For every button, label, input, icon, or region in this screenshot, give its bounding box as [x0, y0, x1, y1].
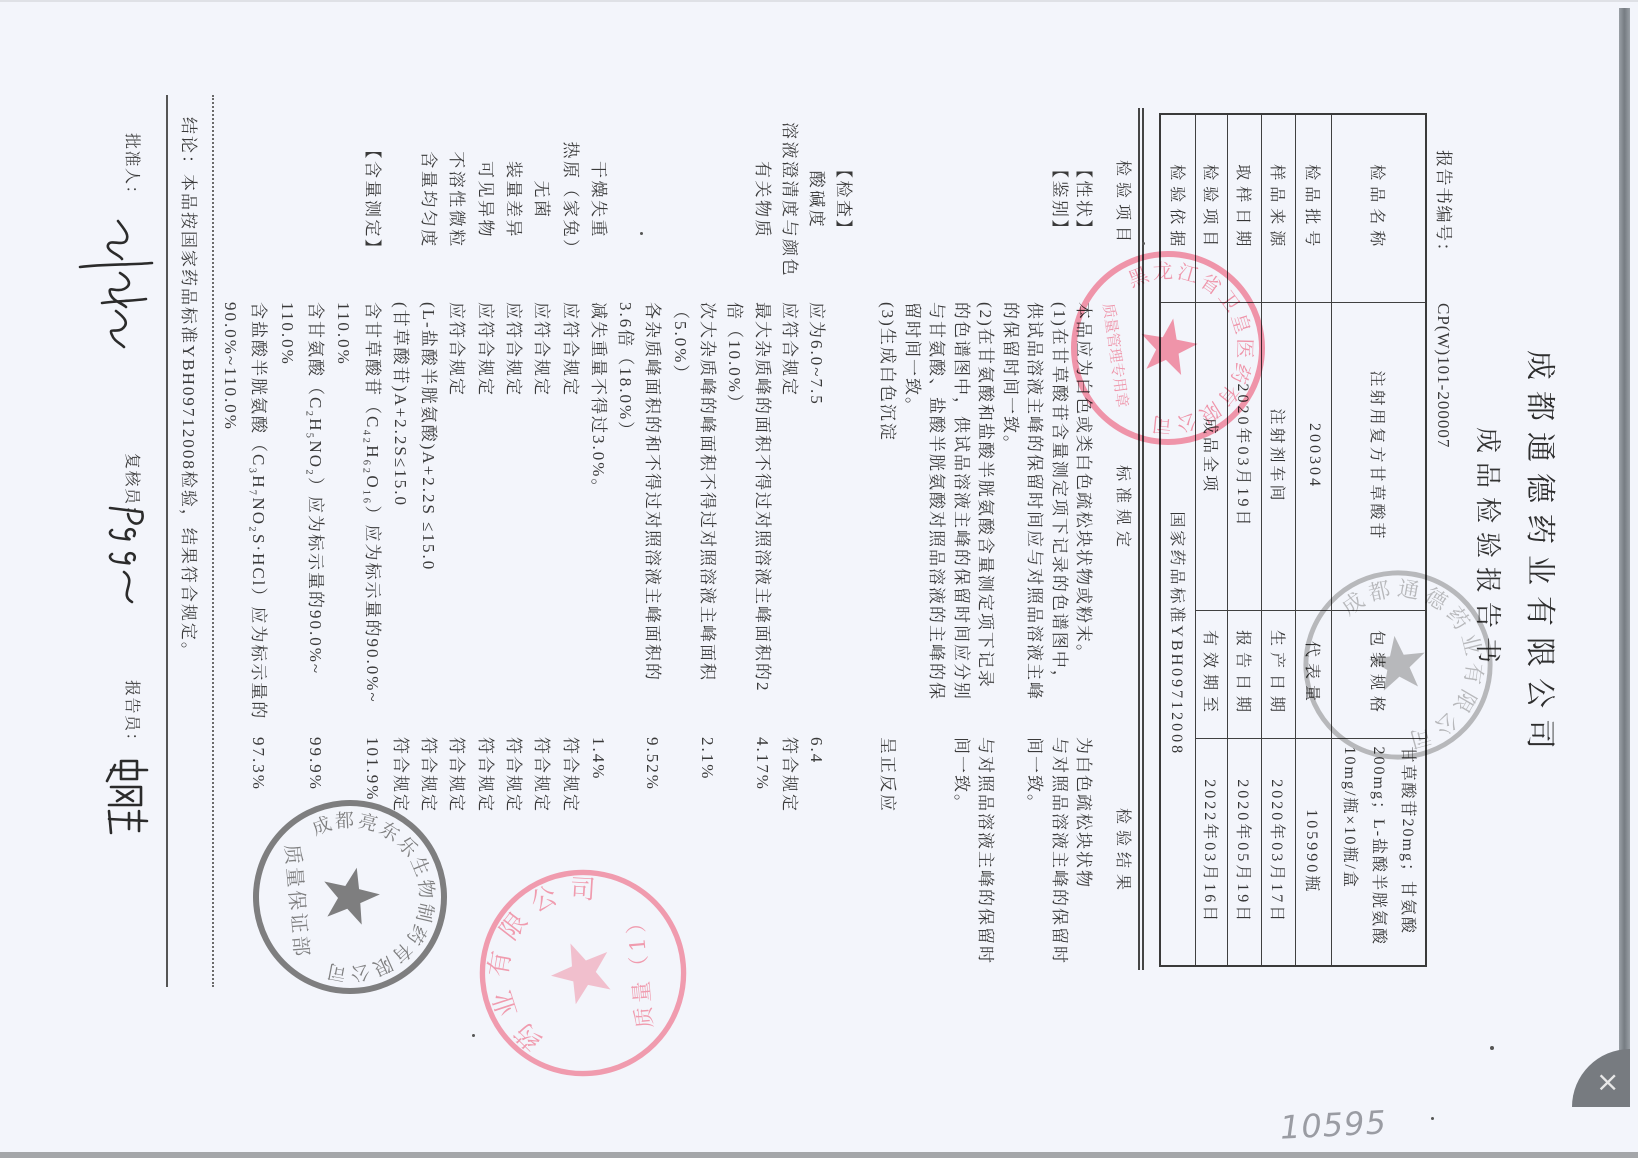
standard-text: 应符合规定	[502, 302, 524, 397]
standard-text: 含盐酸半胱氨酸（C₃H₇NO₂S·HCl）应为标示量的	[247, 302, 269, 720]
item-label: 可见异物	[474, 100, 496, 300]
standard-text: 最大杂质峰的面积不得过对照溶液主峰面积的2	[751, 302, 773, 693]
body-line: (2)在甘氨酸和盐酸半胱氨酸含量测定项下记录与对照品溶液主峰的保留时	[974, 0, 996, 1158]
standard-text: 应符合规定	[559, 302, 581, 397]
standard-text: 90.0%~110.0%	[219, 302, 241, 431]
sample-source-label: 样品来源	[1262, 114, 1296, 302]
item-label: 含量均匀度	[417, 100, 439, 300]
body-line: 有关物质最大杂质峰的面积不得过对照溶液主峰面积的24.17%	[751, 0, 773, 1158]
representative-qty-value: 105990瓶	[1296, 738, 1332, 966]
company-name: 成都通德药业有限公司	[1522, 350, 1556, 760]
standard-text: 次大杂质峰的峰面积不得过对照溶液主峰面积	[696, 302, 718, 682]
double-rule-lower	[1139, 108, 1141, 970]
dotted-divider	[212, 95, 214, 987]
scan-edge-bottom	[0, 1152, 1638, 1158]
scan-speck	[472, 1034, 475, 1037]
result-text: 符合规定	[559, 737, 581, 813]
body-line: 与甘氨酸、盐酸半胱氨酸对照品溶液的主峰的保	[925, 0, 947, 1158]
batch-no-label: 检品批号	[1296, 114, 1332, 302]
standard-text: 留时间一致。	[901, 302, 923, 416]
result-text: 间一致。	[1023, 737, 1045, 813]
info-row: 检验依据 国家药品标准YBH09712008	[1160, 114, 1196, 966]
qa-stamp-gray-bottom: 成都亮东乐生物制药有限公司 质量保证部	[242, 789, 459, 1006]
info-row: 检品名称 注射用复方甘草酸苷 包装规格 甘草酸苷20mg；甘氨酸 200mg；L…	[1332, 114, 1426, 966]
standard-text: 含甘氨酸（C₂H₅NO₂）应为标示量的90.0%~	[304, 302, 326, 675]
standard-text: 各杂质峰面积的和不得过对照溶液主峰面积的	[641, 302, 663, 682]
scan-speck	[1431, 1117, 1434, 1120]
result-text: 与对照品溶液主峰的保留时	[1048, 737, 1070, 965]
stamp-inner-text: 质量（1）	[623, 907, 658, 1029]
batch-no-value: 200304	[1296, 302, 1332, 610]
result-text: 符合规定	[778, 737, 800, 813]
result-text: 为白色疏松块状物	[1072, 737, 1094, 889]
reporter-label: 报告员：	[121, 680, 141, 750]
item-label: 有关物质	[751, 100, 773, 300]
report-no-label: 报告书编号：	[1433, 150, 1453, 261]
standard-text: （5.0%）	[669, 302, 691, 383]
result-text: 符合规定	[502, 737, 524, 813]
body-line: 酸碱度应为6.0~7.56.4	[805, 0, 827, 1158]
report-date-value: 2020年05月19日	[1228, 738, 1262, 966]
standard-text: 3.6倍（18.0%）	[614, 302, 636, 440]
item-label: 溶液澄清度与颜色	[778, 100, 800, 300]
star-icon	[548, 940, 611, 1006]
item-label: 热原（家兔）	[559, 100, 581, 300]
result-text: 97.3%	[247, 737, 269, 791]
result-text: 符合规定	[530, 737, 552, 813]
result-text: 101.9%	[361, 737, 383, 801]
item-label: 不溶性微粒	[445, 100, 467, 300]
expiry-date-value: 2022年03月16日	[1196, 738, 1228, 966]
body-line: 溶液澄清度与颜色应符合规定符合规定	[778, 0, 800, 1158]
quality-stamp-red-bottom: 药业有限公司 质量（1）	[467, 857, 699, 1089]
body-line: 的色谱图中，供试品溶液主峰的保留时间应分别间一致。	[950, 0, 972, 1158]
standard-text: 含甘草酸苷（C₄₂H₆₂O₁₆）应为标示量的90.0%~	[361, 302, 383, 704]
reviewer-signature	[103, 502, 148, 607]
body-line: 90.0%~110.0%	[219, 0, 241, 1158]
star-icon	[323, 866, 382, 928]
standard-text: 与甘氨酸、盐酸半胱氨酸对照品溶液的主峰的保	[925, 302, 947, 701]
info-table: 检品名称 注射用复方甘草酸苷 包装规格 甘草酸苷20mg；甘氨酸 200mg；L…	[1159, 113, 1427, 967]
body-line: 次大杂质峰的峰面积不得过对照溶液主峰面积2.1%	[696, 0, 718, 1158]
solid-divider	[167, 95, 169, 987]
standard-text: 应为6.0~7.5	[805, 302, 827, 406]
standard-text: 110.0%	[332, 302, 354, 366]
body-line: 的保留时间一致。	[999, 0, 1021, 1158]
result-text: 1.4%	[587, 737, 609, 780]
info-row: 检品批号 200304 代表量 105990瓶	[1296, 114, 1332, 966]
result-text: 与对照品溶液主峰的保留时	[974, 737, 996, 965]
section-label: 【含量测定】	[361, 100, 383, 300]
reporter-signature	[101, 757, 151, 837]
production-date-value: 2020年03月17日	[1262, 738, 1296, 966]
svg-text:药业有限公司: 药业有限公司	[475, 871, 622, 1059]
header-result: 检验结果	[1111, 808, 1133, 896]
header-standard: 标准规定	[1111, 465, 1133, 553]
result-text: 9.52%	[641, 737, 663, 791]
scan-speck	[1142, 242, 1145, 245]
standard-text: (3)生成白色沉淀	[876, 302, 898, 442]
body-line: 倍（10.0%）	[723, 0, 745, 1158]
standard-text: 应符合规定	[445, 302, 467, 397]
scanned-report-page: 成都通德药业有限公司 成品检验报告书 报告书编号： CP(W)101-20000…	[0, 0, 1638, 1158]
result-text: 99.9%	[304, 737, 326, 791]
scan-edge-top	[0, 0, 1638, 2]
result-text: 符合规定	[474, 737, 496, 813]
scan-speck	[640, 232, 643, 235]
body-line: 【鉴别】(1)在甘草酸苷含量测定项下记录的色谱图中，与对照品溶液主峰的保留时	[1048, 0, 1070, 1158]
standard-text: (甘草酸苷)A+2.2S≤15.0	[389, 302, 411, 507]
expiry-date-label: 有效期至	[1196, 610, 1228, 738]
stamp-outer-text: 药业有限公司	[475, 871, 622, 1059]
body-line: 供试品溶液主峰的保留时间应与对照品溶液主峰间一致。	[1023, 0, 1045, 1158]
item-label: 酸碱度	[805, 100, 827, 300]
standard-text: 110.0%	[276, 302, 298, 366]
standard-text: 的色谱图中，供试品溶液主峰的保留时间应分别	[950, 302, 972, 701]
result-text: 呈正反应	[876, 737, 898, 813]
double-rule-upper	[1143, 108, 1145, 970]
approver-label: 批准人：	[121, 133, 141, 203]
approver-signature	[75, 215, 160, 350]
item-label: 干燥失重	[587, 100, 609, 300]
quality-stamp-red-top: 黑龙江省卫皇医药有限公司 质量管理专用章	[1055, 235, 1281, 461]
conclusion: 结论：本品按国家药品标准YBH09712008检验，结果符合规定。	[177, 117, 199, 661]
packaging-spec-line: 甘草酸苷20mg；甘氨酸	[1393, 747, 1422, 966]
star-icon	[1140, 316, 1202, 380]
report-date-label: 报告日期	[1228, 610, 1262, 738]
body-line: 【检查】	[832, 0, 854, 1158]
star-icon	[1365, 627, 1437, 700]
scan-edge-right	[1619, 8, 1630, 1052]
standard-text: 应符合规定	[530, 302, 552, 397]
body-line: 留时间一致。	[901, 0, 923, 1158]
result-text: 6.4	[805, 737, 827, 764]
item-label: 无菌	[530, 100, 552, 300]
result-text: 2.1%	[696, 737, 718, 780]
body-line: 【性状】本品应为白色或类白色疏松块状物或粉末。为白色疏松块状物	[1072, 0, 1094, 1158]
info-row: 样品来源 注射剂车间 生产日期 2020年03月17日	[1262, 114, 1296, 966]
standard-text: (2)在甘氨酸和盐酸半胱氨酸含量测定项下记录	[974, 302, 996, 689]
standard-text: (L-盐酸半胱氨酸)A+2.2S ≤15.0	[417, 302, 439, 571]
result-text: 符合规定	[445, 737, 467, 813]
standard-text: 应符合规定	[474, 302, 496, 397]
result-text: 4.17%	[751, 737, 773, 791]
header-item: 检验项目	[1111, 160, 1133, 248]
standard-text: 供试品溶液主峰的保留时间应与对照品溶液主峰	[1023, 302, 1045, 701]
standard-text: (1)在甘草酸苷含量测定项下记录的色谱图中，	[1048, 302, 1070, 689]
result-text: 间一致。	[950, 737, 972, 813]
close-icon[interactable]: ×	[1596, 1067, 1619, 1097]
standard-text: 的保留时间一致。	[999, 302, 1021, 454]
standard-text: 应符合规定	[778, 302, 800, 397]
stamp-inner-text: 质量保证部	[280, 843, 314, 960]
standard-text: 倍（10.0%）	[723, 302, 745, 413]
standard-text: 减失重量不得过3.0%。	[587, 302, 609, 497]
handwritten-note: 10595	[1279, 1103, 1388, 1147]
body-line: (3)生成白色沉淀呈正反应	[876, 0, 898, 1158]
report-no-value: CP(W)101-200007	[1433, 303, 1453, 448]
section-label: 【检查】	[832, 100, 854, 300]
product-name-label: 检品名称	[1332, 114, 1426, 302]
stamp-inner-text: 质量管理专用章	[1099, 302, 1131, 408]
scan-speck	[1490, 1046, 1494, 1050]
item-label: 装量差异	[502, 100, 524, 300]
